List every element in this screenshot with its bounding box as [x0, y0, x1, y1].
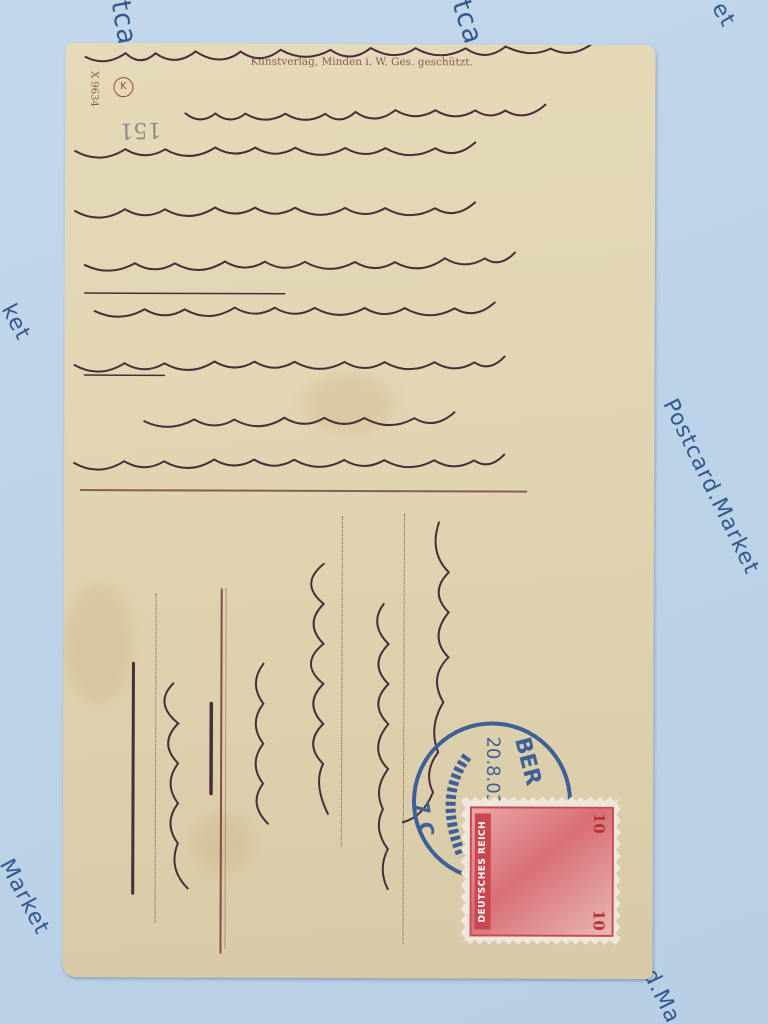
stamp-country: DEUTSCHES REICH — [475, 813, 491, 929]
watermark-text: ket — [0, 300, 35, 345]
postcard: Kunstverlag, Minden i. W. Ges. geschützt… — [62, 43, 655, 979]
postmark-date: 20.8.03 — [482, 736, 503, 805]
stamp-value-bottom: 10 — [590, 910, 608, 931]
watermark-text: tca — [104, 0, 142, 48]
stamp-value-top: 10 — [590, 813, 608, 834]
watermark-text: et — [706, 0, 740, 31]
watermark-text: Market — [0, 855, 54, 939]
watermark-text: Postcard.Market — [658, 395, 765, 578]
postage-stamp: DEUTSCHES REICH 10 10 — [460, 796, 623, 947]
